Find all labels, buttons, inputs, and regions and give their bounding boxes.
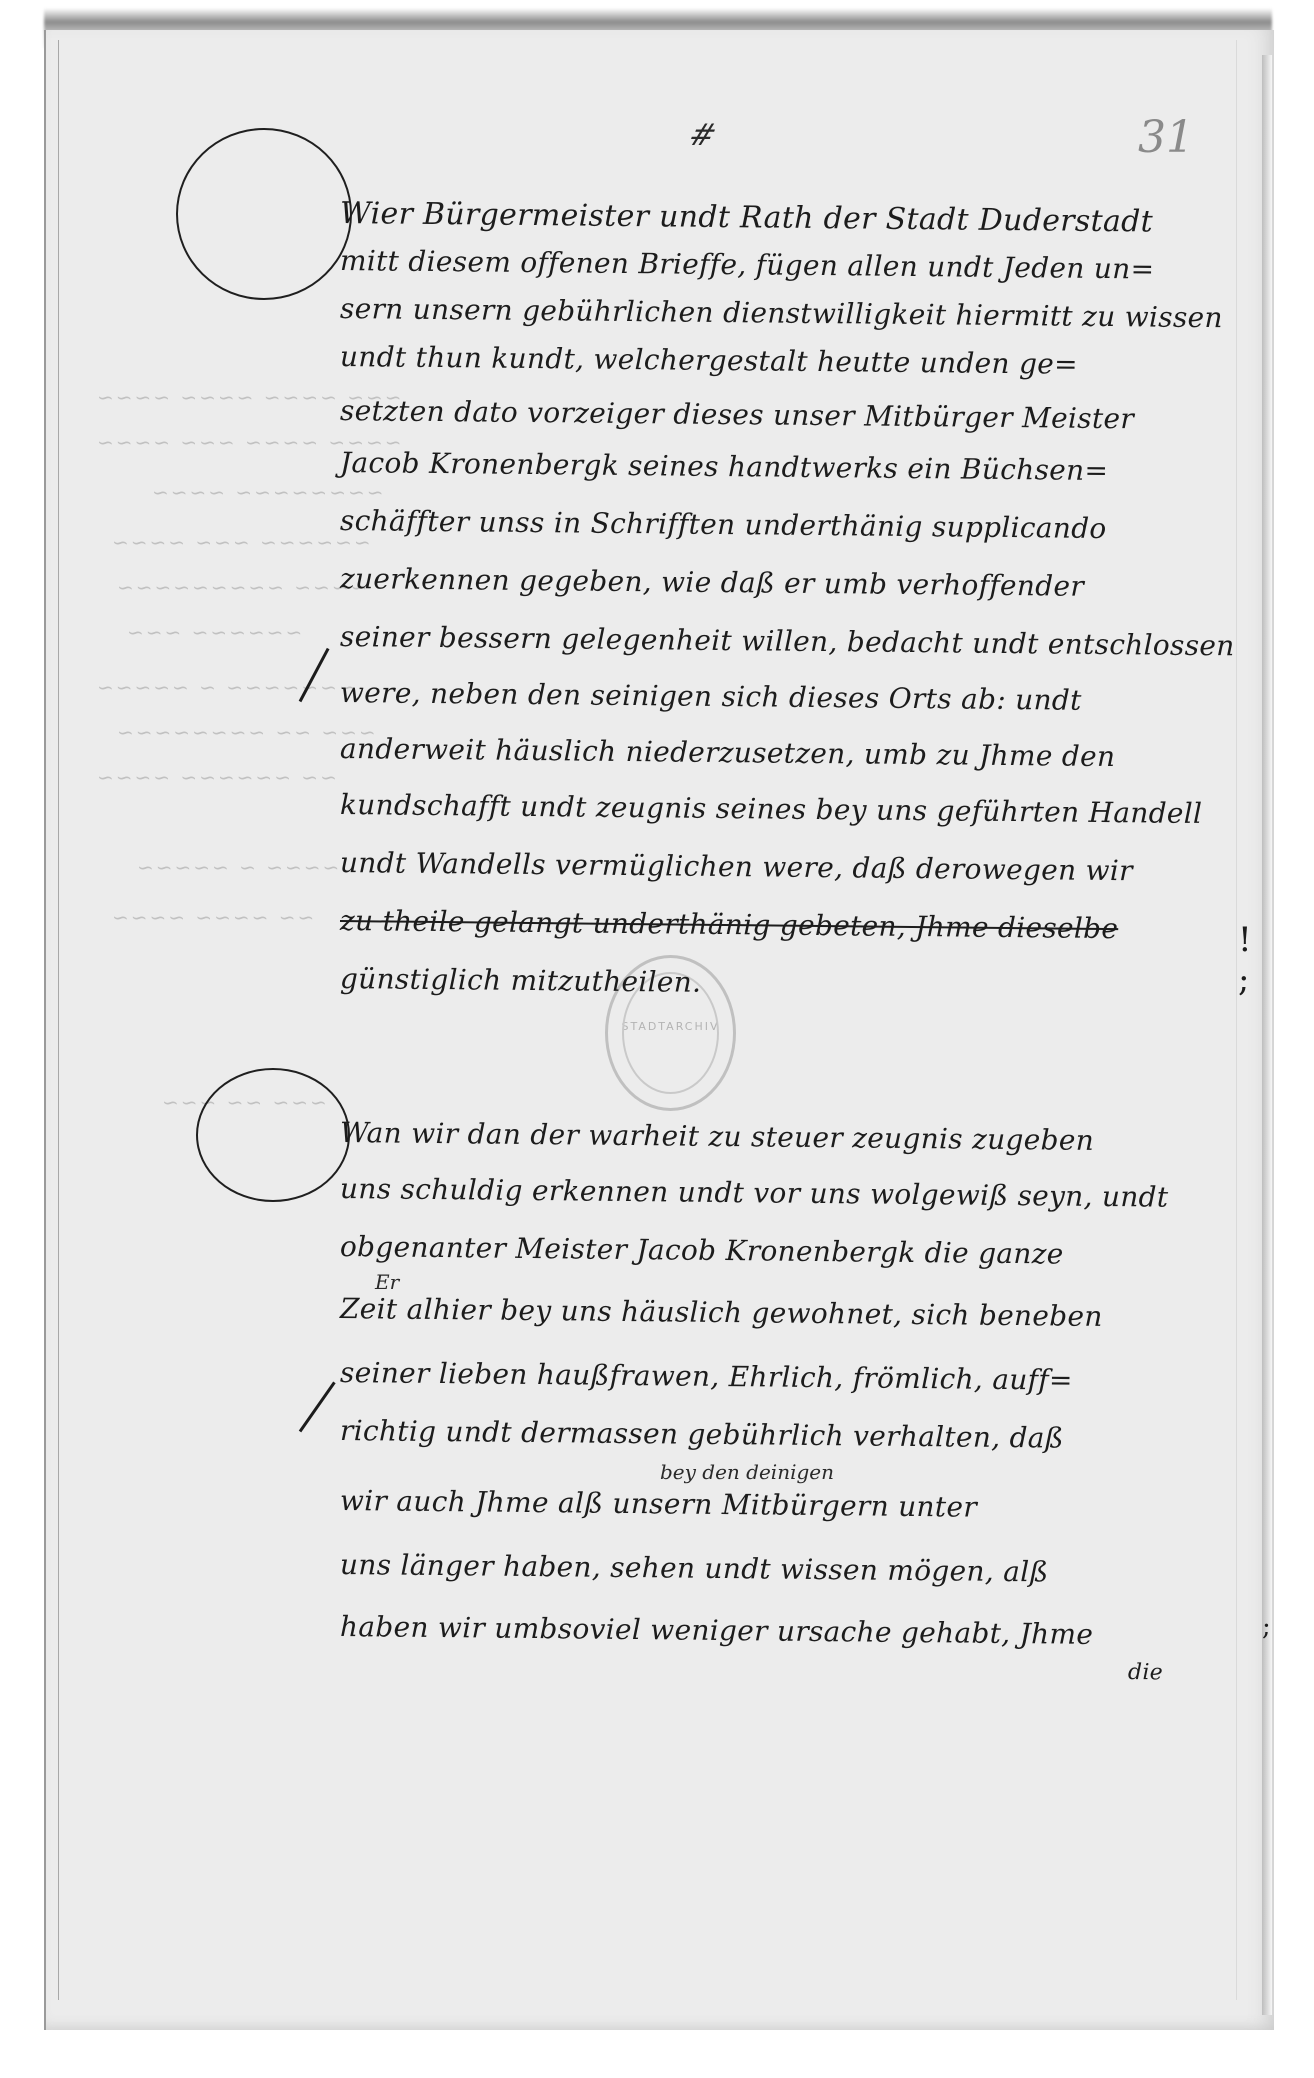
interlinear-insertion: bey den deinigen	[660, 1460, 834, 1484]
bleed-through-text: ~~~~ ~~~~~~~~~	[115, 575, 367, 599]
left-margin-rule	[58, 40, 59, 2000]
bleed-through-text: ~~~~~~ ~~~	[125, 620, 302, 644]
margin-mark: ;	[1262, 1612, 1271, 1642]
bleed-through-text: ~~~ ~~ ~~~~~~~~	[115, 720, 376, 744]
bleed-through-text: ~~~~~~~ ~ ~~~~~	[95, 675, 356, 699]
bleed-through-text: ~~~~ ~ ~~~~~	[135, 855, 339, 879]
initial-flourish-loop	[196, 1068, 350, 1202]
text-line: günstiglich mitzutheilen.	[340, 962, 702, 999]
margin-mark: !	[1238, 920, 1252, 960]
text-line: wir auch Jhme alß unsern Mitbürgern unte…	[340, 1484, 977, 1524]
catchword: die	[1128, 1660, 1163, 1685]
interlinear-insertion: Er	[375, 1270, 399, 1294]
bleed-through-text: ~~ ~~~~ ~~~~	[110, 905, 314, 929]
bleed-through-text: ~~ ~~~~~~ ~~~~	[95, 765, 337, 789]
seal-text: STADTARCHIV	[618, 1020, 723, 1033]
bleed-through-text: ~~~~~~~~ ~~~~	[150, 480, 383, 504]
margin-mark: ;	[1238, 960, 1249, 1000]
bleed-through-text: ~~~~~~ ~~~ ~~~~	[110, 530, 371, 554]
right-fold-line	[1236, 40, 1237, 2000]
folio-number: 31	[1138, 112, 1194, 163]
initial-flourish-loop	[176, 128, 352, 300]
right-page-edge	[1262, 55, 1272, 2015]
